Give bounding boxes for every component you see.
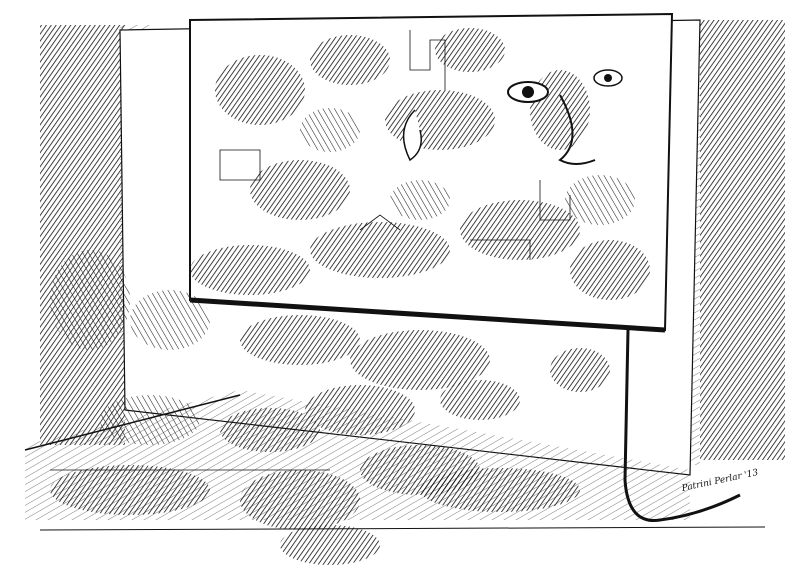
right-wall: [700, 20, 785, 460]
artwork-canvas: Patrini Perlar '13: [0, 0, 800, 570]
left-wall: [40, 25, 125, 445]
